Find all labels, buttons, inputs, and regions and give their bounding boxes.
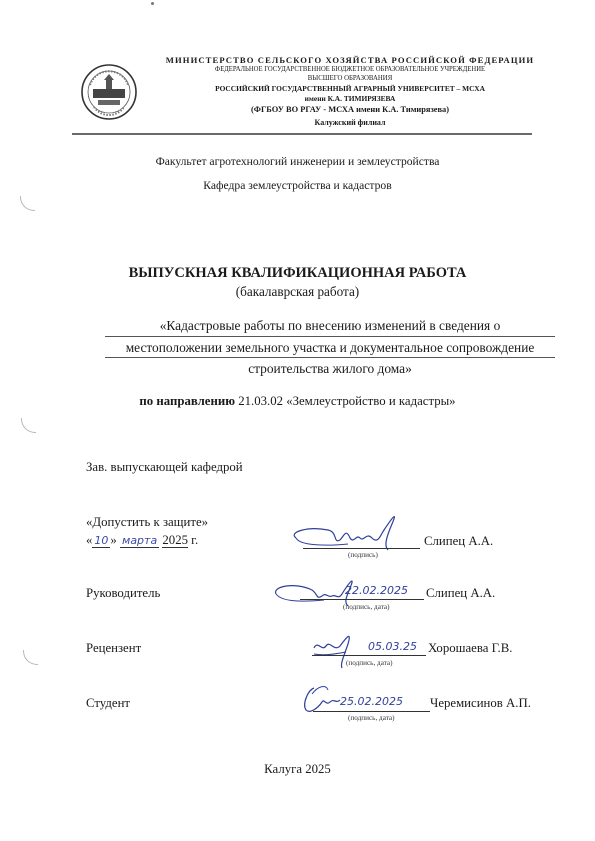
- admit-date: «10» марта 2025 г.: [86, 533, 198, 548]
- reviewer-label: Рецензент: [86, 641, 141, 656]
- date-month: марта: [120, 534, 159, 548]
- admit-to-defense-label: «Допустить к защите»: [86, 515, 208, 530]
- supervisor-name: Слипец А.А.: [426, 586, 495, 601]
- direction-value: 21.03.02 «Землеустройство и кадастры»: [235, 394, 456, 408]
- header-divider: [72, 133, 532, 135]
- theme-underline: [105, 357, 555, 358]
- quote-close: »: [110, 533, 116, 547]
- student-label: Студент: [86, 696, 130, 711]
- signature-line: [303, 548, 420, 549]
- punch-hole-mark: [23, 650, 38, 665]
- supervisor-handwritten-date: 22.02.2025: [345, 584, 408, 597]
- signature-line: [312, 655, 426, 656]
- document-subtitle: (бакалаврская работа): [0, 284, 595, 300]
- thesis-theme-line: «Кадастровые работы по внесению изменени…: [105, 318, 555, 334]
- direction-label: по направлению: [139, 394, 235, 408]
- department-name: Кафедра землеустройства и кадастров: [0, 179, 595, 192]
- signature-line: [313, 711, 430, 712]
- head-signer-name: Слипец А.А.: [424, 534, 493, 549]
- reviewer-handwritten-date: 05.03.25: [368, 640, 417, 653]
- punch-hole-mark: [20, 196, 35, 211]
- university-named-after: имени К.А. ТИМИРЯЗЕВА: [150, 95, 550, 102]
- city-year: Калуга 2025: [0, 762, 595, 777]
- signature-caption: (подпись, дата): [348, 714, 395, 722]
- ministry-name: МИНИСТЕРСТВО СЕЛЬСКОГО ХОЗЯЙСТВА РОССИЙС…: [150, 56, 550, 65]
- branch-name: Калужский филиал: [150, 119, 550, 127]
- signature-caption: (подпись): [348, 551, 378, 559]
- signature-scribble-icon: [288, 510, 418, 557]
- faculty-name: Факультет агротехнологий инженерии и зем…: [0, 155, 595, 168]
- university-abbreviation: (ФГБОУ ВО РГАУ - МСХА имени К.А. Тимиряз…: [150, 106, 550, 114]
- signature-scribble-icon: [312, 630, 362, 675]
- university-emblem-icon: [80, 63, 138, 121]
- institution-type: ФЕДЕРАЛЬНОЕ ГОСУДАРСТВЕННОЕ БЮДЖЕТНОЕ ОБ…: [154, 67, 546, 74]
- student-handwritten-date: 25.02.2025: [340, 695, 403, 708]
- reviewer-name: Хорошаева Г.В.: [428, 641, 513, 656]
- student-name: Черемисинов А.П.: [430, 696, 531, 711]
- signature-caption: (подпись, дата): [346, 659, 393, 667]
- study-direction: по направлению 21.03.02 «Землеустройство…: [0, 394, 595, 409]
- university-name: РОССИЙСКИЙ ГОСУДАРСТВЕННЫЙ АГРАРНЫЙ УНИВ…: [150, 85, 550, 92]
- higher-education-label: ВЫСШЕГО ОБРАЗОВАНИЯ: [150, 76, 550, 83]
- date-year: 2025: [162, 533, 188, 548]
- supervisor-label: Руководитель: [86, 586, 160, 601]
- signature-caption: (подпись, дата): [343, 603, 390, 611]
- date-day: 10: [92, 534, 110, 548]
- thesis-theme-line: строительства жилого дома»: [105, 361, 555, 377]
- date-suffix: г.: [188, 533, 198, 547]
- document-title: ВЫПУСКНАЯ КВАЛИФИКАЦИОННАЯ РАБОТА: [0, 265, 595, 282]
- head-of-department-label: Зав. выпускающей кафедрой: [86, 460, 243, 475]
- signature-line: [300, 599, 424, 600]
- scan-speck: [151, 2, 154, 5]
- theme-underline: [105, 336, 555, 337]
- thesis-theme-line: местоположении земельного участка и доку…: [105, 340, 555, 356]
- punch-hole-mark: [21, 418, 36, 433]
